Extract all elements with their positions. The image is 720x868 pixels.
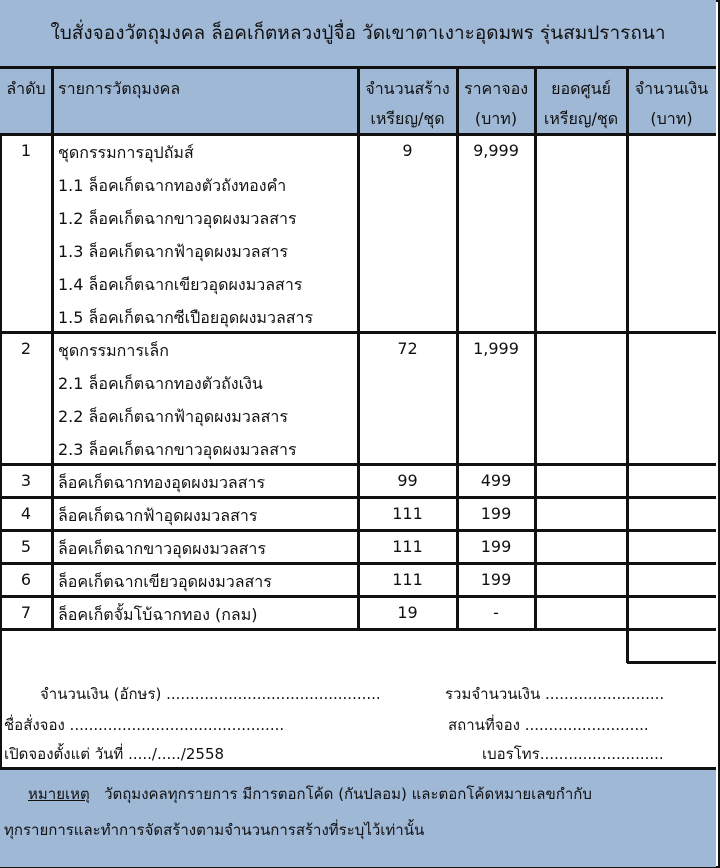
quantity-value: 111 [358,537,457,556]
center-quantity-input[interactable] [535,597,627,630]
sub-item: 1.1 ล็อคเก็ตฉากทองตัวถังทองคำ [58,174,286,199]
center-quantity-input[interactable] [535,531,627,564]
amount-input[interactable] [627,531,716,564]
sub-item: 2.1 ล็อคเก็ตฉากทองตัวถังเงิน [58,372,263,397]
column-header: จำนวนสร้าง [358,77,457,102]
price-value: 1,999 [457,339,535,358]
total-amount-box[interactable] [627,630,716,663]
center-quantity-input[interactable] [535,465,627,498]
amount-input[interactable] [627,135,716,333]
center-quantity-input[interactable] [535,564,627,597]
row-number: 1 [0,141,52,160]
price-value: 199 [457,504,535,523]
phone-field[interactable]: เบอรโทร.......................... [482,742,664,766]
grid-line [626,630,629,663]
price-value: - [457,603,535,622]
sub-item: 2.3 ล็อคเก็ตฉากขาวอุดผงมวลสาร [58,438,297,463]
total-amount-field[interactable]: รวมจำนวนเงิน ......................... [445,682,664,706]
grid-line [456,69,459,630]
amount-input[interactable] [627,333,716,465]
sub-item: 1.5 ล็อคเก็ตฉากซีเปือยอุดผงมวลสาร [58,306,313,331]
open-date-field[interactable]: เปิดจองตั้งแต่ วันที่ ...../...../2558 [4,742,224,766]
price-value: 199 [457,570,535,589]
column-header-sub: เหรียญ/ชุด [535,107,627,132]
column-header-sub: (บาท) [457,107,535,132]
note-text-2: ทุกรายการและทำการจัดสร้างตามจำนวนการสร้า… [4,818,424,842]
price-value: 499 [457,471,535,490]
note-line-1: หมายเหตุ วัตถุมงคลทุกรายการ มีการตอกโค้ด… [28,782,592,806]
column-header: จำนวนเงิน [627,77,716,102]
item-name: ล็อคเก็ตจั้มโบ้ฉากทอง (กลม) [58,603,257,628]
price-value: 9,999 [457,141,535,160]
quantity-value: 111 [358,504,457,523]
grid-line [626,69,629,630]
item-name: ล็อคเก็ตฉากฟ้าอุดผงมวลสาร [58,504,257,529]
price-value: 199 [457,537,535,556]
note-text-1: วัตถุมงคลทุกรายการ มีการตอกโค้ด (กันปลอม… [104,785,592,803]
row-number: 7 [0,603,52,622]
sub-item: 1.3 ล็อคเก็ตฉากฟ้าอุดผงมวลสาร [58,240,288,265]
item-name: ล็อคเก็ตฉากทองอุดผงมวลสาร [58,471,265,496]
column-header-sub: (บาท) [627,107,716,132]
order-place-field[interactable]: สถานที่จอง .......................... [448,713,649,737]
row-number: 4 [0,504,52,523]
orderer-name-field[interactable]: ชื่อสั่งจอง ............................… [4,713,284,737]
quantity-value: 19 [358,603,457,622]
note-section: หมายเหตุ วัตถุมงคลทุกรายการ มีการตอกโค้ด… [0,767,716,867]
amount-input[interactable] [627,564,716,597]
item-name: ชุดกรรมการเล็ก [58,339,169,364]
item-name: ล็อคเก็ตฉากขาวอุดผงมวลสาร [58,537,266,562]
row-number: 3 [0,471,52,490]
amount-input[interactable] [627,498,716,531]
note-label: หมายเหตุ [28,785,90,803]
amount-input[interactable] [627,597,716,630]
row-number: 6 [0,570,52,589]
form-title: ใบสั่งจองวัตถุมงคล ล็อคเก็ตหลวงปู่จื่อ ว… [0,0,716,69]
center-quantity-input[interactable] [535,135,627,333]
amount-input[interactable] [627,465,716,498]
center-quantity-input[interactable] [535,333,627,465]
row-number: 5 [0,537,52,556]
column-header: ราคาจอง [457,77,535,102]
quantity-value: 99 [358,471,457,490]
center-quantity-input[interactable] [535,498,627,531]
title-text: ใบสั่งจองวัตถุมงคล ล็อคเก็ตหลวงปู่จื่อ ว… [50,18,665,48]
item-name: ชุดกรรมการอุปถัมส์ [58,141,194,166]
grid-line [357,69,360,630]
quantity-value: 9 [358,141,457,160]
grid-line [534,69,537,630]
grid-line [51,69,54,630]
amount-words-field[interactable]: จำนวนเงิน (อักษร) ......................… [40,682,381,706]
sub-item: 1.2 ล็อคเก็ตฉากขาวอุดผงมวลสาร [58,207,297,232]
column-header: ลำดับ [0,77,52,102]
row-number: 2 [0,339,52,358]
column-header-sub: เหรียญ/ชุด [358,107,457,132]
column-header: รายการวัตถุมงคล [58,77,358,102]
quantity-value: 72 [358,339,457,358]
grid-line [627,661,716,664]
sub-item: 1.4 ล็อคเก็ตฉากเขียวอุดผงมวลสาร [58,273,302,298]
item-name: ล็อคเก็ตฉากเขียวอุดผงมวลสาร [58,570,272,595]
column-header: ยอดศูนย์ [535,77,627,102]
quantity-value: 111 [358,570,457,589]
sub-item: 2.2 ล็อคเก็ตฉากฟ้าอุดผงมวลสาร [58,405,288,430]
